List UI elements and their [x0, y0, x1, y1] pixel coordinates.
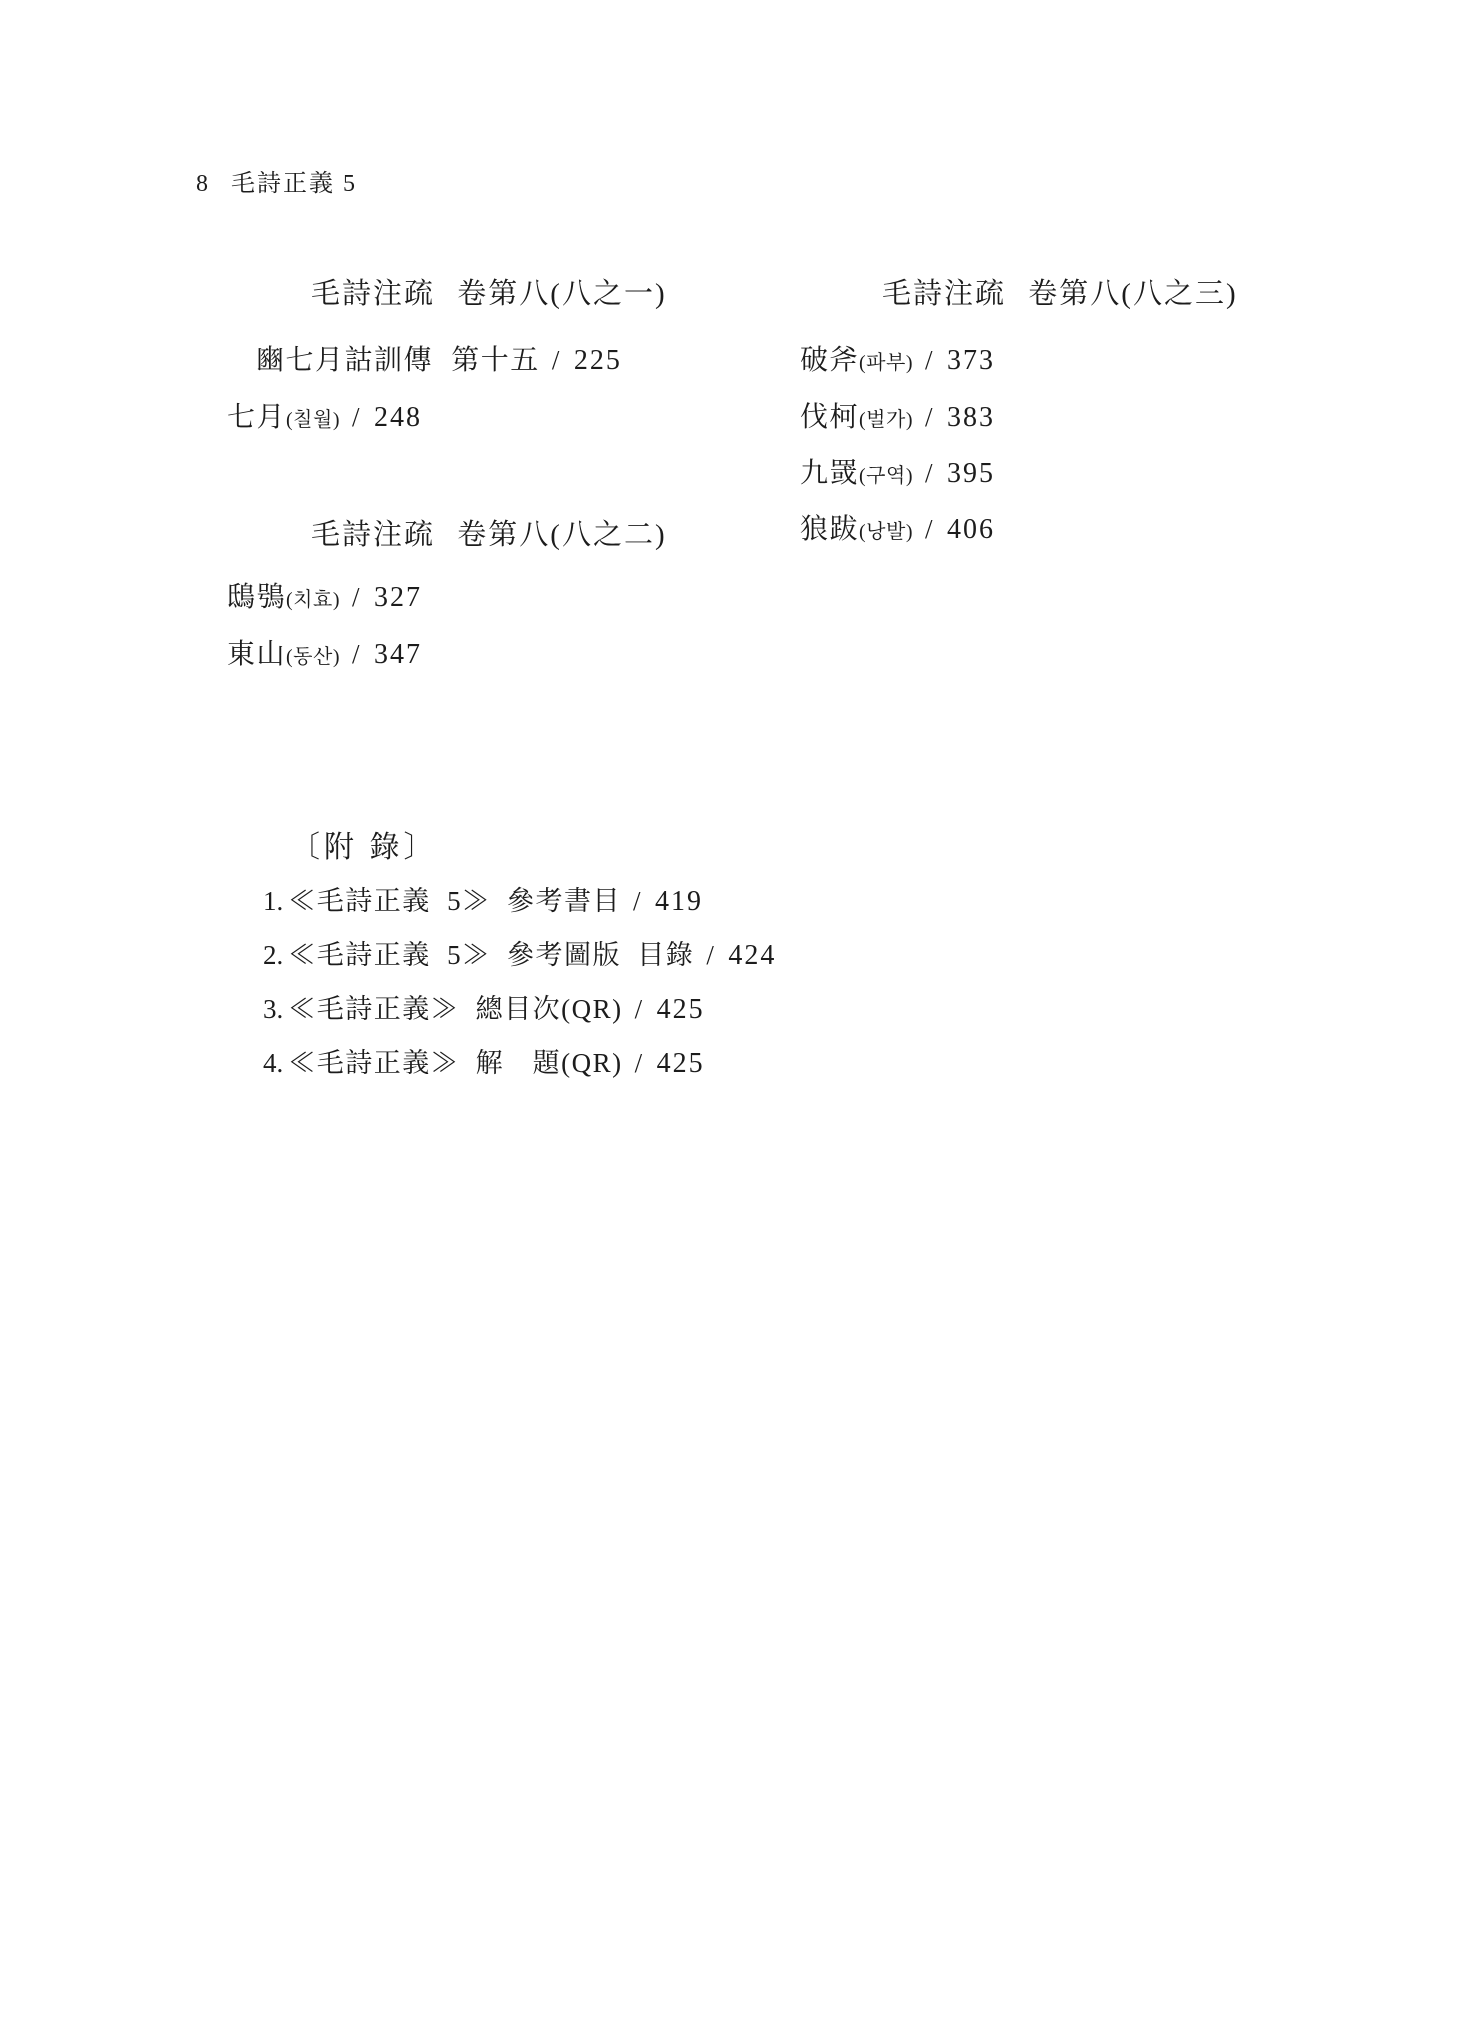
section-heading-vol8-2: 毛詩注疏 卷第八(八之二) [311, 521, 667, 550]
entry-title: 豳七月詁訓傳 第十五 [256, 345, 540, 376]
toc-entry: 東山(동산)/347 [227, 641, 422, 669]
item-number: 1. [263, 886, 283, 916]
toc-entry: 破斧(파부)/373 [800, 347, 995, 375]
separator: / [352, 582, 361, 612]
separator: / [352, 639, 361, 669]
page-number: 8 [196, 171, 209, 197]
section-heading-vol8-1: 毛詩注疏 卷第八(八之一) [311, 280, 667, 309]
separator: / [635, 1048, 644, 1078]
item-title: ≪毛詩正義≫ 總目次(QR) [288, 994, 622, 1024]
toc-entry: 九罭(구역)/395 [800, 460, 995, 488]
entry-reading: (낭발) [859, 521, 913, 543]
entry-page: 383 [947, 402, 995, 433]
separator: / [925, 458, 934, 488]
entry-page: 347 [374, 639, 422, 670]
appendix-heading: 〔附 錄〕 [290, 833, 438, 863]
entry-page: 248 [374, 402, 422, 433]
item-number: 2. [263, 940, 283, 970]
item-page: 424 [728, 940, 776, 971]
entry-reading: (동산) [286, 646, 340, 668]
entry-title: 狼跋 [800, 514, 859, 545]
entry-page: 327 [374, 582, 422, 613]
toc-entry: 鴟鴞(치효)/327 [227, 584, 422, 612]
entry-page: 225 [574, 345, 622, 376]
toc-entry: 七月(칠월)/248 [227, 404, 422, 432]
entry-reading: (파부) [859, 352, 913, 374]
appendix-item: 4.≪毛詩正義≫ 解 題(QR)/425 [263, 1050, 705, 1078]
section-heading-vol8-3: 毛詩注疏 卷第八(八之三) [882, 280, 1238, 309]
separator: / [925, 514, 934, 544]
appendix-item: 2.≪毛詩正義 5≫ 參考圖版 目錄/424 [263, 942, 776, 970]
entry-title: 伐柯 [800, 402, 859, 433]
entry-reading: (치효) [286, 589, 340, 611]
separator: / [635, 994, 644, 1024]
appendix-item: 1.≪毛詩正義 5≫ 參考書目/419 [263, 888, 703, 916]
item-number: 4. [263, 1048, 283, 1078]
separator: / [633, 886, 642, 916]
entry-reading: (벌가) [859, 409, 913, 431]
document-page: 8毛詩正義 5 毛詩注疏 卷第八(八之一) 豳七月詁訓傳 第十五/225 七月(… [0, 0, 1480, 2024]
entry-page: 395 [947, 458, 995, 489]
entry-reading: (칠월) [286, 409, 340, 431]
item-page: 425 [657, 1048, 705, 1079]
separator: / [706, 940, 715, 970]
item-page: 425 [657, 994, 705, 1025]
entry-title: 東山 [227, 639, 286, 670]
item-title: ≪毛詩正義 5≫ 參考書目 [288, 886, 621, 916]
item-number: 3. [263, 994, 283, 1024]
separator: / [925, 402, 934, 432]
page-header: 8毛詩正義 5 [196, 172, 357, 196]
toc-entry: 伐柯(벌가)/383 [800, 404, 995, 432]
entry-title: 破斧 [800, 345, 859, 376]
book-title: 毛詩正義 5 [231, 171, 357, 197]
item-title: ≪毛詩正義≫ 解 題(QR) [288, 1048, 622, 1078]
entry-page: 406 [947, 514, 995, 545]
separator: / [352, 402, 361, 432]
entry-title: 鴟鴞 [227, 582, 286, 613]
toc-entry: 狼跋(낭발)/406 [800, 516, 995, 544]
separator: / [925, 345, 934, 375]
entry-page: 373 [947, 345, 995, 376]
item-page: 419 [655, 886, 703, 917]
toc-entry: 豳七月詁訓傳 第十五/225 [256, 347, 622, 375]
entry-title: 七月 [227, 402, 286, 433]
entry-title: 九罭 [800, 458, 859, 489]
item-title: ≪毛詩正義 5≫ 參考圖版 目錄 [288, 940, 694, 970]
separator: / [552, 345, 561, 375]
appendix-item: 3.≪毛詩正義≫ 總目次(QR)/425 [263, 996, 705, 1024]
entry-reading: (구역) [859, 465, 913, 487]
